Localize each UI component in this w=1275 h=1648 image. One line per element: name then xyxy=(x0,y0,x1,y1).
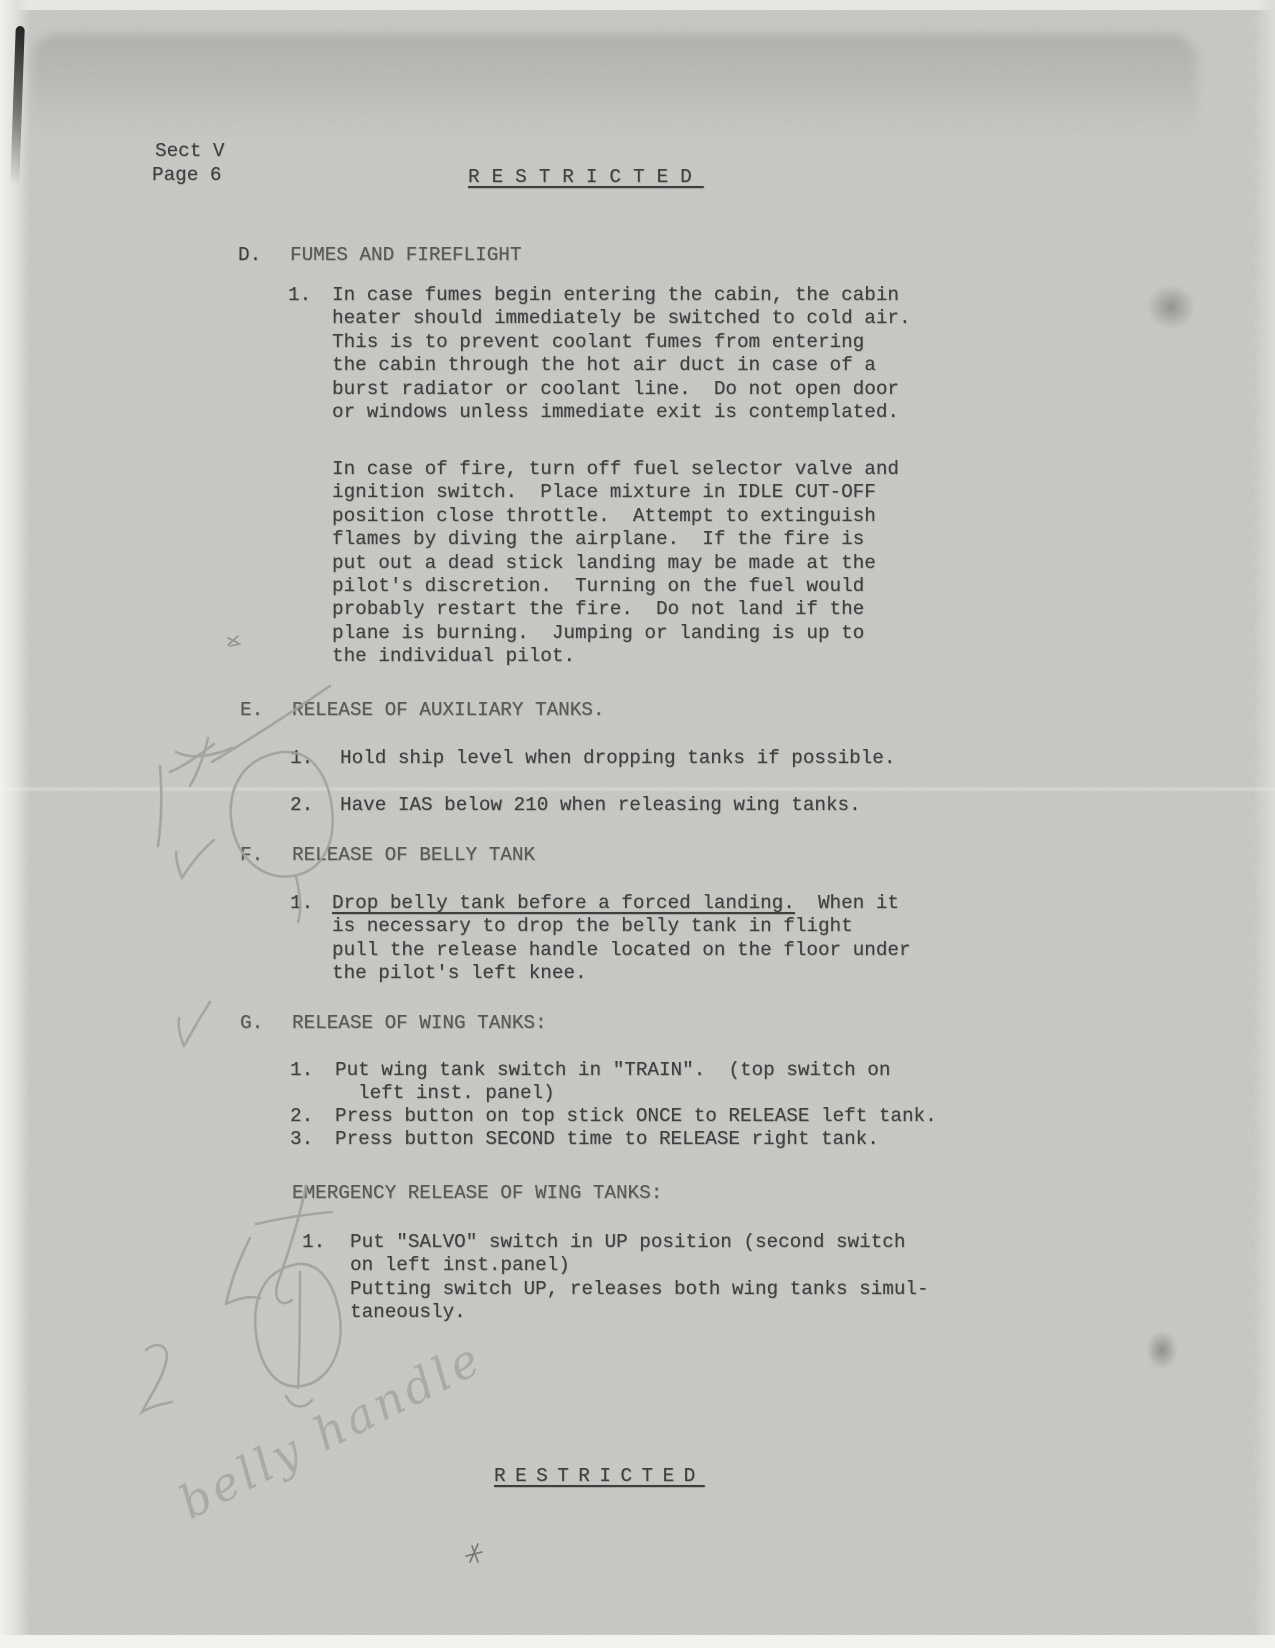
section-e-title: RELEASE OF AUXILIARY TANKS. xyxy=(292,699,604,722)
body-line: Put wing tank switch in "TRAIN". (top sw… xyxy=(335,1059,890,1082)
body-line: put out a dead stick landing may be made… xyxy=(332,552,876,575)
body-line: Have IAS below 210 when releasing wing t… xyxy=(340,794,861,817)
body-line: pilot's discretion. Turning on the fuel … xyxy=(332,575,864,598)
section-g-item3-number: 3. xyxy=(290,1128,313,1151)
scanned-page: Sect V Page 6 RESTRICTED D. FUMES AND FI… xyxy=(0,0,1275,1648)
section-d-letter: D. xyxy=(238,244,261,267)
section-f-item1-number: 1. xyxy=(290,892,313,915)
body-line: In case of fire, turn off fuel selector … xyxy=(332,458,899,481)
section-e-letter: E. xyxy=(240,699,263,722)
body-line: Drop belly tank before a forced landing.… xyxy=(332,892,899,915)
body-line: probably restart the fire. Do not land i… xyxy=(332,598,864,621)
body-line: Press button SECOND time to RELEASE righ… xyxy=(335,1128,879,1151)
body-line: position close throttle. Attempt to exti… xyxy=(332,505,876,528)
section-g-title: RELEASE OF WING TANKS: xyxy=(292,1012,547,1035)
body-line: ignition switch. Place mixture in IDLE C… xyxy=(332,481,876,504)
body-line: In case fumes begin entering the cabin, … xyxy=(332,284,899,307)
page-label: Page 6 xyxy=(152,164,221,187)
body-line: Putting switch UP, releases both wing ta… xyxy=(350,1278,929,1301)
body-line: left inst. panel) xyxy=(358,1082,555,1105)
sect-label: Sect V xyxy=(155,140,224,163)
section-f-letter: F. xyxy=(240,844,263,867)
section-e-item1-number: 1. xyxy=(290,747,313,770)
section-e-item2-number: 2. xyxy=(290,794,313,817)
section-d-item1-number: 1. xyxy=(288,284,311,307)
body-line: This is to prevent coolant fumes from en… xyxy=(332,331,864,354)
body-line: on left inst.panel) xyxy=(350,1254,570,1277)
classification-header: RESTRICTED xyxy=(468,166,704,189)
section-f-title: RELEASE OF BELLY TANK xyxy=(292,844,535,867)
classification-footer: RESTRICTED xyxy=(494,1465,705,1488)
underlined-phrase: Drop belly tank before a forced landing. xyxy=(332,892,795,914)
body-line: burst radiator or coolant line. Do not o… xyxy=(332,378,899,401)
typed-text-layer: Sect V Page 6 RESTRICTED D. FUMES AND FI… xyxy=(0,0,1275,1648)
body-line: taneously. xyxy=(350,1301,466,1324)
body-line-rest: When it xyxy=(795,892,899,914)
section-g-item1-number: 1. xyxy=(290,1059,313,1082)
body-line: the cabin through the hot air duct in ca… xyxy=(332,354,876,377)
body-line: heater should immediately be switched to… xyxy=(332,307,911,330)
body-line: Hold ship level when dropping tanks if p… xyxy=(340,747,895,770)
body-line: Put "SALVO" switch in UP position (secon… xyxy=(350,1231,905,1254)
body-line: flames by diving the airplane. If the fi… xyxy=(332,528,864,551)
body-line: is necessary to drop the belly tank in f… xyxy=(332,915,853,938)
body-line: pull the release handle located on the f… xyxy=(332,939,911,962)
section-emergency-title: EMERGENCY RELEASE OF WING TANKS: xyxy=(292,1182,662,1205)
body-line: Press button on top stick ONCE to RELEAS… xyxy=(335,1105,937,1128)
section-g-letter: G. xyxy=(240,1012,263,1035)
body-line: the individual pilot. xyxy=(332,645,575,668)
body-line: the pilot's left knee. xyxy=(332,962,587,985)
body-line: plane is burning. Jumping or landing is … xyxy=(332,622,864,645)
body-line: or windows unless immediate exit is cont… xyxy=(332,401,899,424)
section-g-item2-number: 2. xyxy=(290,1105,313,1128)
section-d-title: FUMES AND FIREFLIGHT xyxy=(290,244,521,267)
section-emergency-item1-number: 1. xyxy=(302,1231,325,1254)
